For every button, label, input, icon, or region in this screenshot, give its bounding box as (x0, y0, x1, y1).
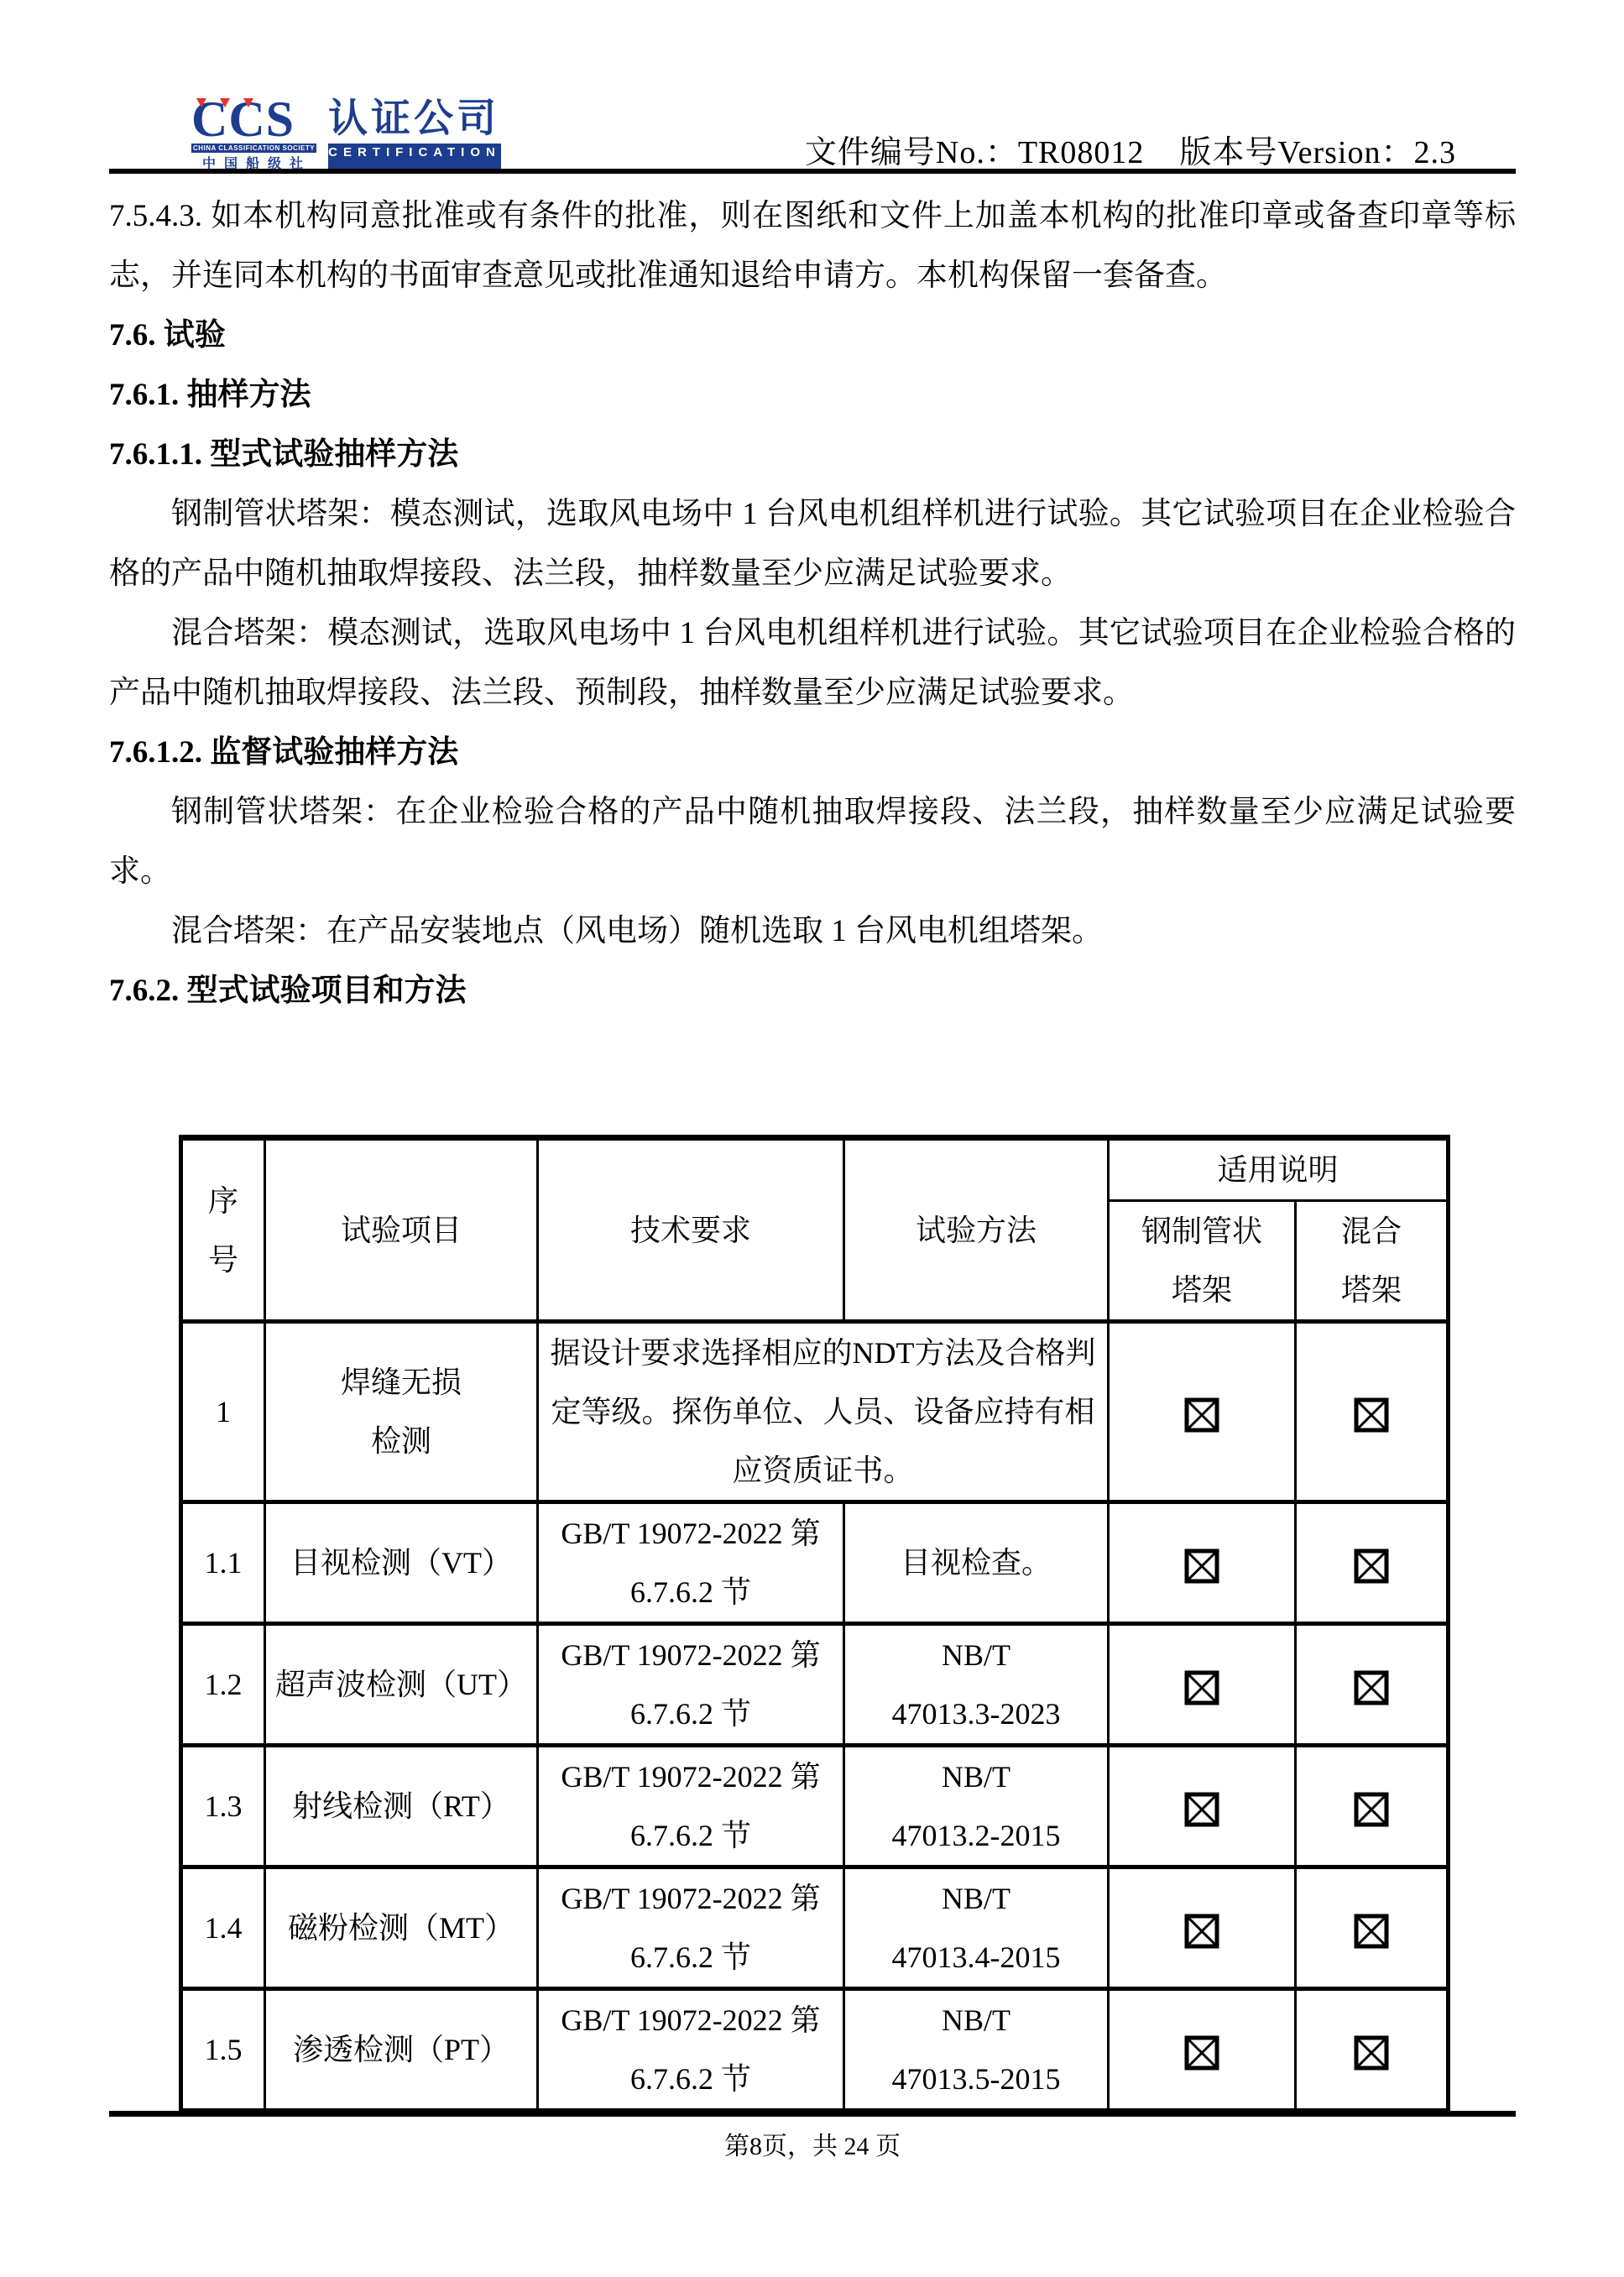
ccs-red-accent-icon (243, 98, 253, 107)
ccs-wordmark: CCS (191, 97, 316, 141)
ccs-logo: CCS 认证公司 CHINA CLASSIFICATION SOCIETY 中 … (191, 97, 501, 172)
paragraph-type-test-hybrid: 混合塔架：模态测试，选取风电场中 1 台风电机组样机进行试验。其它试验项目在企业… (109, 603, 1516, 723)
steel-tower-cell (1109, 1322, 1296, 1502)
checked-checkbox-icon (1354, 2035, 1389, 2071)
row-no: 1.1 (181, 1502, 265, 1624)
checked-checkbox-icon (1354, 1914, 1389, 1949)
row-item: 渗透检测（PT） (265, 1989, 538, 2111)
row-no: 1.2 (181, 1624, 265, 1746)
row-item: 焊缝无损 检测 (265, 1322, 538, 1502)
row-no: 1.4 (181, 1867, 265, 1989)
steel-tower-cell (1109, 1989, 1296, 2111)
checked-checkbox-icon (1184, 1397, 1219, 1433)
row-method: 目视检查。 (844, 1502, 1109, 1624)
checked-checkbox-icon (1184, 2035, 1219, 2071)
steel-tower-cell (1109, 1867, 1296, 1989)
document-page: CCS 认证公司 CHINA CLASSIFICATION SOCIETY 中 … (0, 0, 1624, 2277)
type-test-table: 序 号 试验项目 技术要求 试验方法 适用说明 钢制管状 塔架 混合 塔架 1 … (179, 1135, 1450, 2112)
row-no: 1.3 (181, 1746, 265, 1867)
header-divider-rule (109, 169, 1516, 174)
checked-checkbox-icon (1184, 1548, 1219, 1584)
body-text: 7.5.4.3. 如本机构同意批准或有条件的批准，则在图纸和文件上加盖本机构的批… (109, 186, 1516, 1021)
row-no: 1.5 (181, 1989, 265, 2111)
checked-checkbox-icon (1354, 1548, 1389, 1584)
paragraph-7-5-4-3: 7.5.4.3. 如本机构同意批准或有条件的批准，则在图纸和文件上加盖本机构的批… (109, 186, 1516, 306)
row-method: NB/T 47013.2-2015 (844, 1746, 1109, 1867)
row-item: 超声波检测（UT） (265, 1624, 538, 1746)
col-header-method: 试验方法 (844, 1138, 1109, 1322)
row-tech: GB/T 19072-2022 第 6.7.6.2 节 (538, 1502, 844, 1624)
col-header-applicable: 适用说明 (1109, 1138, 1449, 1201)
hybrid-tower-cell (1296, 1989, 1449, 2111)
page-number: 第8页，共 24 页 (109, 2125, 1516, 2162)
ccs-logo-letters: CCS (191, 97, 316, 141)
ccs-red-accent-icon (220, 98, 230, 107)
logo-company-name-cn: 认证公司 (328, 97, 501, 141)
logo-society-block: CHINA CLASSIFICATION SOCIETY 中 国 船 级 社 (191, 144, 316, 172)
col-header-tech: 技术要求 (538, 1138, 844, 1322)
paragraph-type-test-steel: 钢制管状塔架：模态测试，选取风电场中 1 台风电机组样机进行试验。其它试验项目在… (109, 484, 1516, 603)
heading-7-6-1-1: 7.6.1.1. 型式试验抽样方法 (109, 425, 1516, 484)
row-item: 射线检测（RT） (265, 1746, 538, 1867)
checked-checkbox-icon (1184, 1914, 1219, 1949)
hybrid-tower-cell (1296, 1867, 1449, 1989)
hybrid-tower-cell (1296, 1322, 1449, 1502)
col-header-item: 试验项目 (265, 1138, 538, 1322)
hybrid-tower-cell (1296, 1746, 1449, 1867)
row-tech-merged: 据设计要求选择相应的NDT方法及合格判定等级。探伤单位、人员、设备应持有相应资质… (538, 1322, 1109, 1502)
logo-certification-banner: CERTIFICATION (328, 144, 501, 172)
hybrid-tower-cell (1296, 1502, 1449, 1624)
checked-checkbox-icon (1354, 1397, 1389, 1433)
hybrid-tower-cell (1296, 1624, 1449, 1746)
steel-tower-cell (1109, 1502, 1296, 1624)
col-header-hybrid-tower: 混合 塔架 (1296, 1201, 1449, 1322)
col-header-no: 序 号 (181, 1138, 265, 1322)
document-number-and-version: 文件编号No.：TR08012 版本号Version：2.3 (805, 126, 1456, 172)
footer-divider-rule (109, 2111, 1516, 2117)
checked-checkbox-icon (1354, 1670, 1389, 1705)
row-tech: GB/T 19072-2022 第 6.7.6.2 节 (538, 1867, 844, 1989)
steel-tower-cell (1109, 1746, 1296, 1867)
checked-checkbox-icon (1184, 1792, 1219, 1827)
paragraph-supervision-steel: 钢制管状塔架：在企业检验合格的产品中随机抽取焊接段、法兰段，抽样数量至少应满足试… (109, 782, 1516, 901)
heading-7-6: 7.6. 试验 (109, 306, 1516, 365)
row-method: NB/T 47013.5-2015 (844, 1989, 1109, 2111)
heading-7-6-1-2: 7.6.1.2. 监督试验抽样方法 (109, 723, 1516, 782)
row-method: NB/T 47013.3-2023 (844, 1624, 1109, 1746)
heading-7-6-1: 7.6.1. 抽样方法 (109, 365, 1516, 425)
row-tech: GB/T 19072-2022 第 6.7.6.2 节 (538, 1746, 844, 1867)
row-item: 磁粉检测（MT） (265, 1867, 538, 1989)
col-header-steel-tower: 钢制管状 塔架 (1109, 1201, 1296, 1322)
row-tech: GB/T 19072-2022 第 6.7.6.2 节 (538, 1989, 844, 2111)
heading-7-6-2: 7.6.2. 型式试验项目和方法 (109, 961, 1516, 1021)
checked-checkbox-icon (1184, 1670, 1219, 1705)
ccs-red-accent-icon (196, 98, 206, 107)
row-item: 目视检测（VT） (265, 1502, 538, 1624)
steel-tower-cell (1109, 1624, 1296, 1746)
row-method: NB/T 47013.4-2015 (844, 1867, 1109, 1989)
row-no: 1 (181, 1322, 265, 1502)
paragraph-supervision-hybrid: 混合塔架：在产品安装地点（风电场）随机选取 1 台风电机组塔架。 (109, 901, 1516, 961)
checked-checkbox-icon (1354, 1792, 1389, 1827)
row-tech: GB/T 19072-2022 第 6.7.6.2 节 (538, 1624, 844, 1746)
